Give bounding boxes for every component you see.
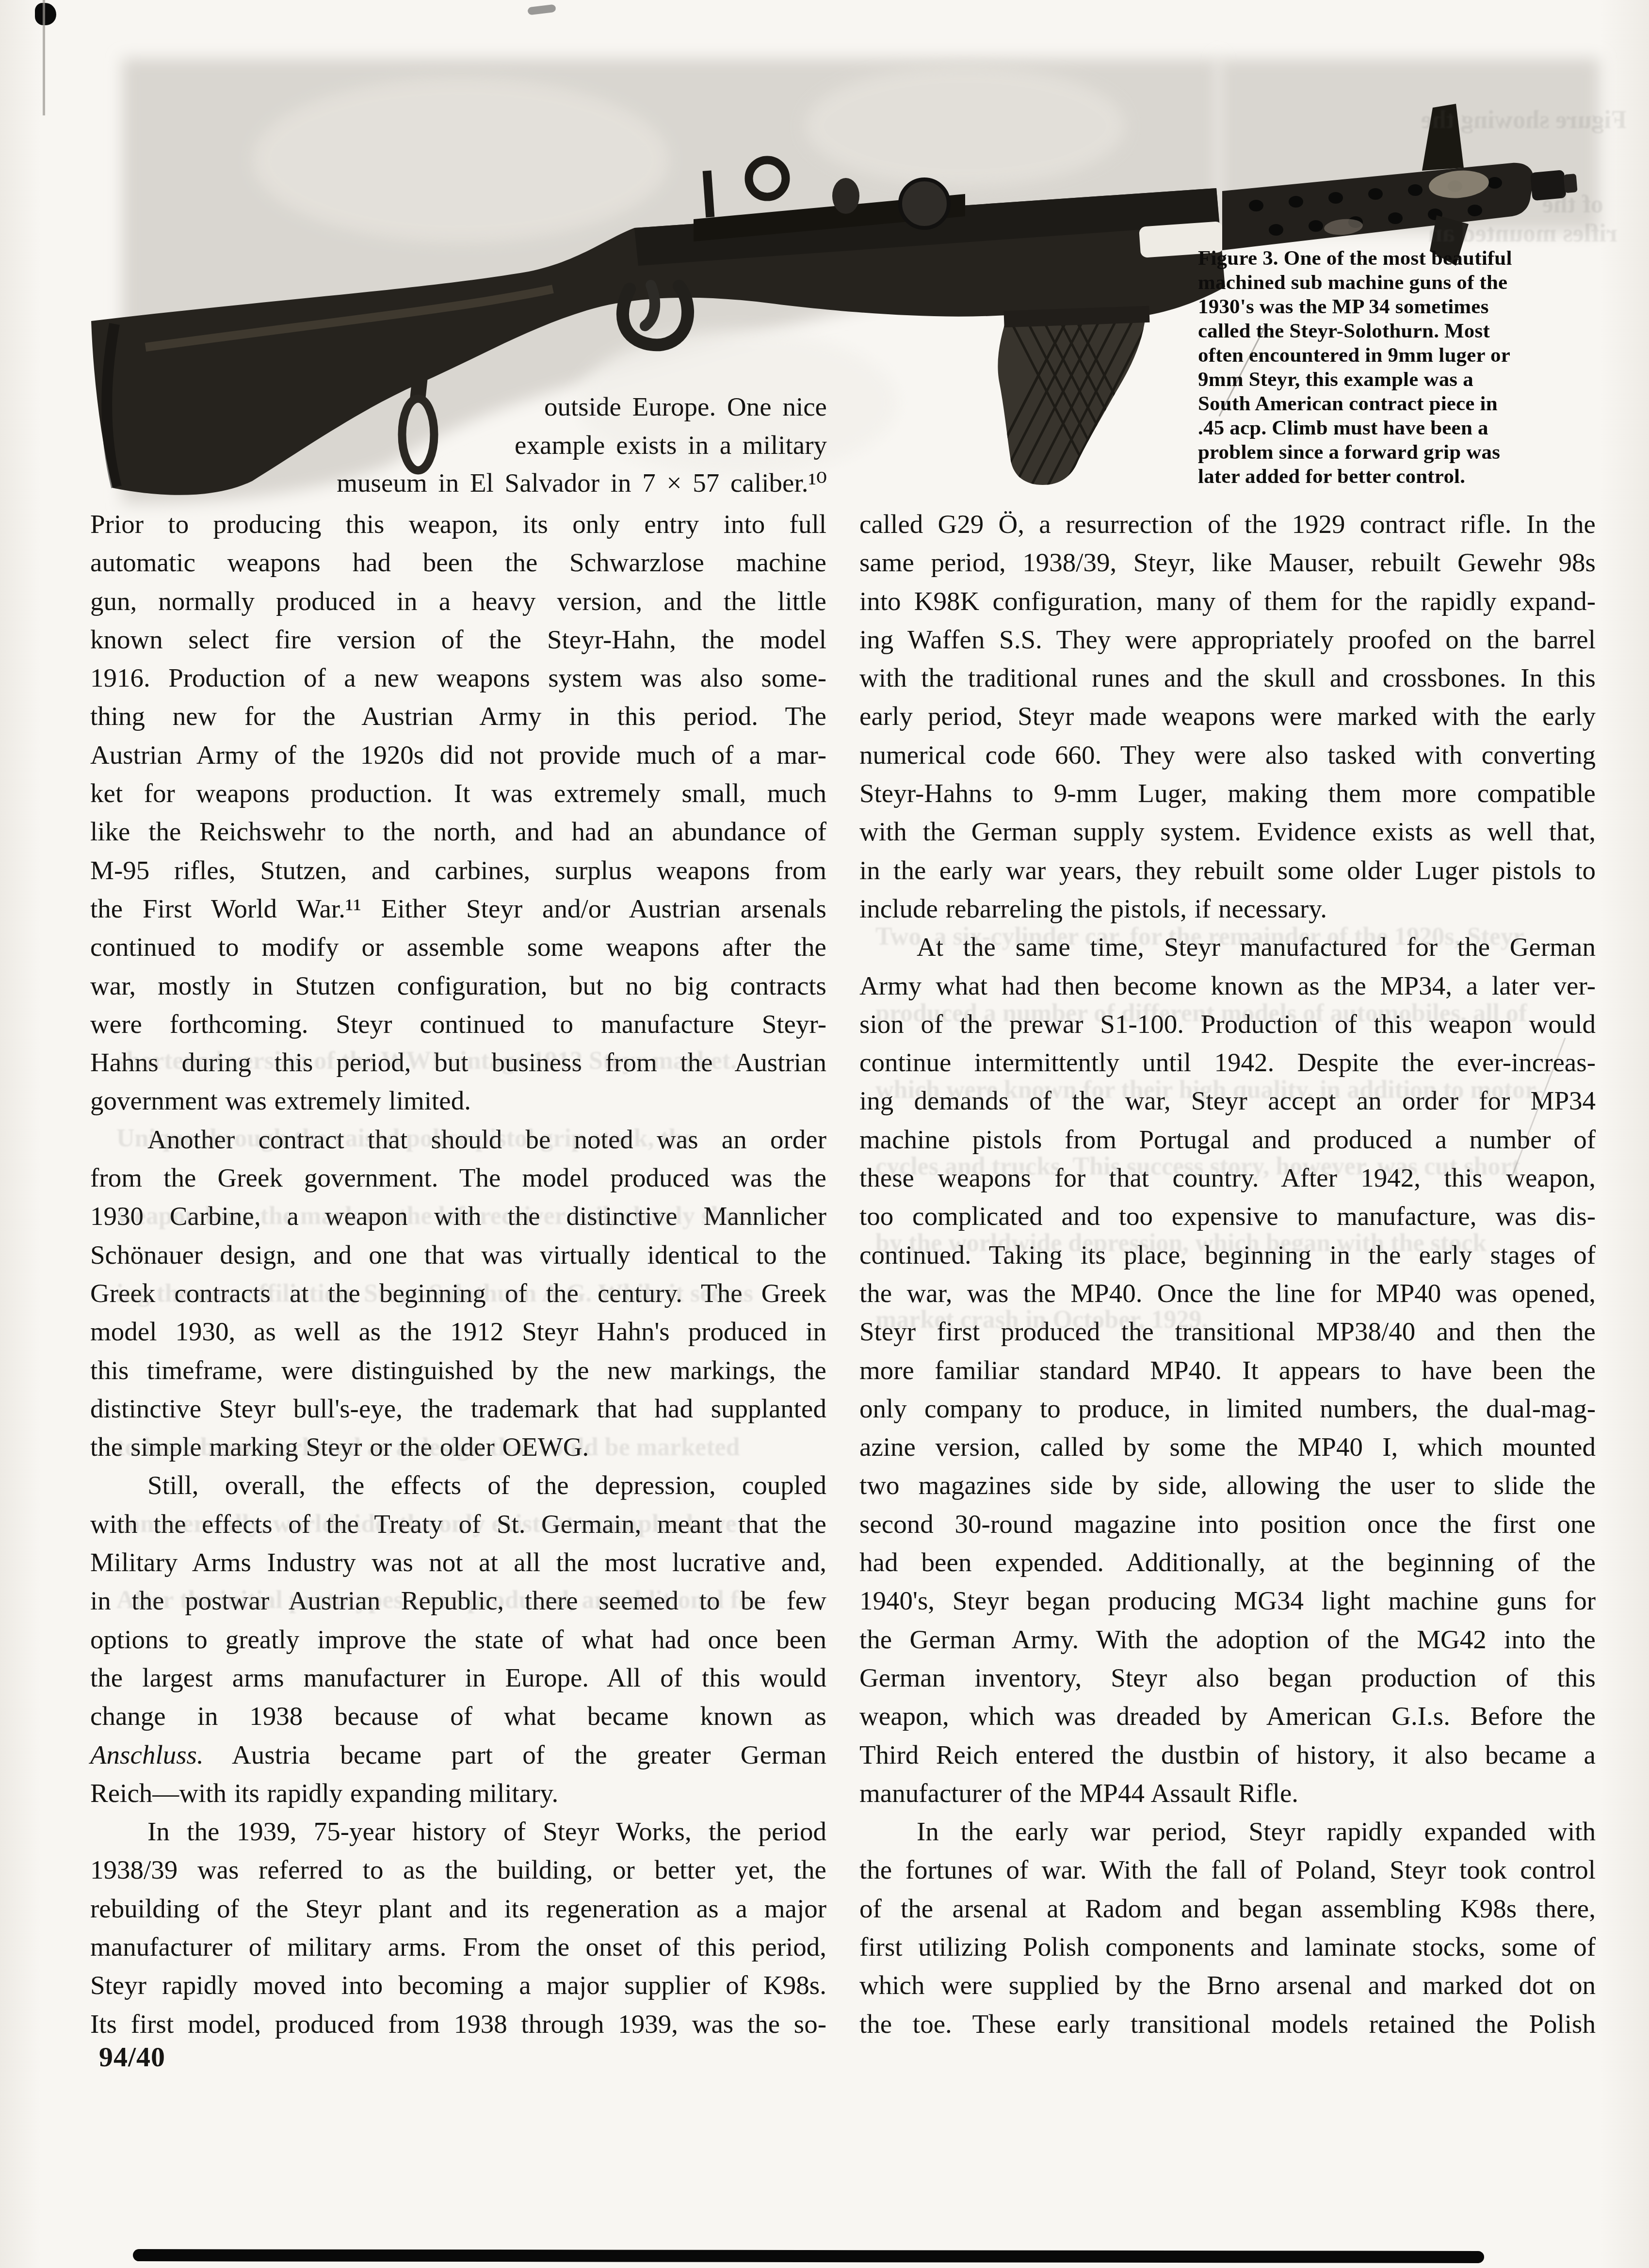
text-line: into K98K configuration, many of them fo…: [859, 582, 1596, 620]
page-number: 94/40: [99, 2041, 165, 2073]
scanner-edge-bar: [133, 2249, 1484, 2263]
scanned-document-page: Figure 3. One of the most beautifulmachi…: [0, 0, 1649, 2268]
text-line: rebuilding of the Steyr plant and its re…: [90, 1889, 826, 1928]
text-line: ket for weapons production. It was extre…: [90, 774, 826, 812]
text-line: which were supplied by the Brno arsenal …: [859, 1966, 1596, 2004]
text-line: distinctive Steyr bull's-eye, the tradem…: [90, 1389, 826, 1428]
caption-line: .45 acp. Climb must have been a: [1198, 416, 1586, 440]
text-line: Steyr rapidly moved into becoming a majo…: [90, 1966, 826, 2004]
caption-line: 1930's was the MP 34 sometimes: [1198, 295, 1586, 319]
text-line: 1916. Production of a new weapons system…: [90, 659, 826, 697]
bleed-through-text: which were known for their high quality,…: [875, 1076, 1544, 1104]
text-line: first utilizing Polish components and la…: [859, 1928, 1596, 1966]
text-line: model 1930, as well as the 1912 Steyr Ha…: [90, 1312, 826, 1351]
text-line: automatic weapons had been the Schwarzlo…: [90, 543, 826, 581]
text-line: of the arsenal at Radom and began assemb…: [859, 1889, 1596, 1928]
text-line: were forthcoming. Steyr continued to man…: [90, 1005, 826, 1043]
intro-line: example exists in a military: [204, 426, 827, 465]
text-line: same period, 1938/39, Steyr, like Mauser…: [859, 543, 1596, 581]
text-line: the largest arms manufacturer in Europe.…: [90, 1658, 826, 1697]
text-line: had been expended. Additionally, at the …: [859, 1543, 1596, 1581]
paragraph: In the early war period, Steyr rapidly e…: [859, 1812, 1596, 2043]
bleed-through-text: of the: [1542, 190, 1603, 219]
text-line: numerical code 660. They were also taske…: [859, 736, 1596, 774]
text-line: manufacturer of military arms. From the …: [90, 1928, 826, 1966]
text-line: 1940's, Steyr began producing MG34 light…: [859, 1581, 1596, 1620]
text-line: weapon, which was dreaded by American G.…: [859, 1697, 1596, 1735]
text-line: manufacturer of the MP44 Assault Rifle.: [859, 1774, 1596, 1812]
text-line: German inventory, Steyr also began produ…: [859, 1658, 1596, 1697]
caption-line: called the Steyr-Solothurn. Most: [1198, 319, 1586, 343]
text-line: Military Arms Industry was not at all th…: [90, 1543, 826, 1581]
text-line: the toe. These early transitional models…: [859, 2005, 1596, 2043]
rear-sight-ring: [749, 160, 786, 197]
text-line: Its first model, produced from 1938 thro…: [90, 2005, 826, 2043]
text-line: options to greatly improve the state of …: [90, 1620, 826, 1658]
intro-wrapped-lines: outside Europe. One niceexample exists i…: [204, 388, 827, 502]
bleed-through-text: weapon bore the mark on the left receive…: [116, 1202, 764, 1230]
caption-line: problem since a forward grip was: [1198, 440, 1586, 465]
text-line: like the Reichswehr to the north, and ha…: [90, 812, 826, 851]
paragraph: In the 1939, 75-year history of Steyr Wo…: [90, 1812, 826, 2043]
caption-line: South American contract piece in: [1198, 392, 1586, 416]
caption-line: often encountered in 9mm luger or: [1198, 343, 1586, 368]
text-line: In the early war period, Steyr rapidly e…: [859, 1812, 1596, 1850]
text-line: azine version, called by some the MP40 I…: [859, 1428, 1596, 1466]
text-line: Reich—with its rapidly expanding militar…: [90, 1774, 826, 1812]
text-line: Still, overall, the effects of the depre…: [90, 1466, 826, 1504]
text-line: second 30-round magazine into position o…: [859, 1505, 1596, 1543]
text-line: known select fire version of the Steyr-H…: [90, 620, 826, 659]
bleed-through-text: Figure showing the: [1421, 106, 1627, 134]
bleed-through-text: produced a number of different models of…: [875, 999, 1527, 1028]
bleed-through-text: After the initial prototypes were produc…: [116, 1586, 771, 1614]
text-line: with the German supply system. Evidence …: [859, 812, 1596, 851]
text-line: continued to modify or assemble some wea…: [90, 928, 826, 966]
figure-caption: Figure 3. One of the most beautifulmachi…: [1198, 246, 1586, 489]
caption-line: later added for better control.: [1198, 465, 1586, 489]
bleed-through-text: by the worldwide depression, which began…: [875, 1229, 1487, 1257]
intro-line: outside Europe. One nice: [204, 388, 827, 426]
bleed-through-text: cycles and trucks. This success story, h…: [875, 1152, 1520, 1181]
paragraph: At the same time, Steyr manufactured for…: [859, 928, 1596, 1812]
text-line: called G29 Ö, a resurrection of the 1929…: [859, 505, 1596, 543]
text-line: gun, normally produced in a heavy versio…: [90, 582, 826, 620]
text-line: thing new for the Austrian Army in this …: [90, 697, 826, 735]
bleed-through-text: to have been marketed as a design that c…: [116, 1433, 740, 1462]
text-line: in the early war years, they rebuilt som…: [859, 851, 1596, 889]
text-line: change in 1938 because of what became kn…: [90, 1697, 826, 1735]
caption-line: Figure 3. One of the most beautiful: [1198, 246, 1586, 271]
bleed-through-text: rifles mounted an: [1428, 219, 1617, 248]
text-line: the German Army. With the adoption of th…: [859, 1620, 1596, 1658]
paragraph: Prior to producing this weapon, its only…: [90, 505, 826, 1120]
bleed-through-text: commercially, worldwide, the only existe…: [116, 1510, 737, 1538]
bleed-through-text: market crash in October, 1929.: [875, 1305, 1208, 1334]
text-line: Prior to producing this weapon, its only…: [90, 505, 826, 543]
paragraph: called G29 Ö, a resurrection of the 1929…: [859, 505, 1596, 928]
text-line: early period, Steyr made weapons were ma…: [859, 697, 1596, 735]
text-line: Third Reich entered the dustbin of histo…: [859, 1736, 1596, 1774]
text-line: this timeframe, were distinguished by th…: [90, 1351, 826, 1389]
text-line: from the Greek government. The model pro…: [90, 1158, 826, 1197]
body-columns: Prior to producing this weapon, its only…: [90, 505, 1596, 2043]
text-line: Anschluss. Austria became part of the gr…: [90, 1736, 826, 1774]
column-right: called G29 Ö, a resurrection of the 1929…: [859, 505, 1596, 2043]
bleed-through-text: Two, a six-cylinder car, for the remaind…: [875, 922, 1524, 951]
text-line: the fortunes of war. With the fall of Po…: [859, 1850, 1596, 1889]
bleed-through-text: shortened version of the WWI vintage 191…: [116, 1046, 737, 1075]
text-line: 1938/39 was referred to as the building,…: [90, 1850, 826, 1889]
bolt-knob: [900, 179, 949, 228]
text-line: war, mostly in Stutzen configuration, bu…: [90, 966, 826, 1005]
bleed-through-text: Unique through the raised police pistol …: [116, 1124, 694, 1153]
caption-line: 9mm Steyr, this example was a: [1198, 368, 1586, 392]
text-line: government was extremely limited.: [90, 1081, 826, 1120]
charging-knob: [832, 178, 859, 214]
text-line: more familiar standard MP40. It appears …: [859, 1351, 1596, 1389]
text-line: the First World War.¹¹ Either Steyr and/…: [90, 889, 826, 928]
text-line: with the traditional runes and the skull…: [859, 659, 1596, 697]
text-line: two magazines side by side, allowing the…: [859, 1466, 1596, 1504]
text-line: Steyr-Hahns to 9-mm Luger, making them m…: [859, 774, 1596, 812]
column-left: Prior to producing this weapon, its only…: [90, 505, 826, 2043]
text-line: Schönauer design, and one that was virtu…: [90, 1236, 826, 1274]
scan-speck: [35, 3, 56, 25]
intro-line: museum in El Salvador in 7 × 57 caliber.…: [204, 464, 827, 502]
text-line: In the 1939, 75-year history of Steyr Wo…: [90, 1812, 826, 1850]
text-line: ing Waffen S.S. They were appropriately …: [859, 620, 1596, 659]
text-line: only company to produce, in limited numb…: [859, 1389, 1596, 1428]
text-line: Austrian Army of the 1920s did not provi…: [90, 736, 826, 774]
bleed-through-text: ing the new affiliation, Steyr-Solothurn…: [116, 1279, 753, 1308]
text-line: M-95 rifles, Stutzen, and carbines, surp…: [90, 851, 826, 889]
caption-line: machined sub machine guns of the: [1198, 271, 1586, 295]
scan-edge-line: [43, 0, 45, 115]
